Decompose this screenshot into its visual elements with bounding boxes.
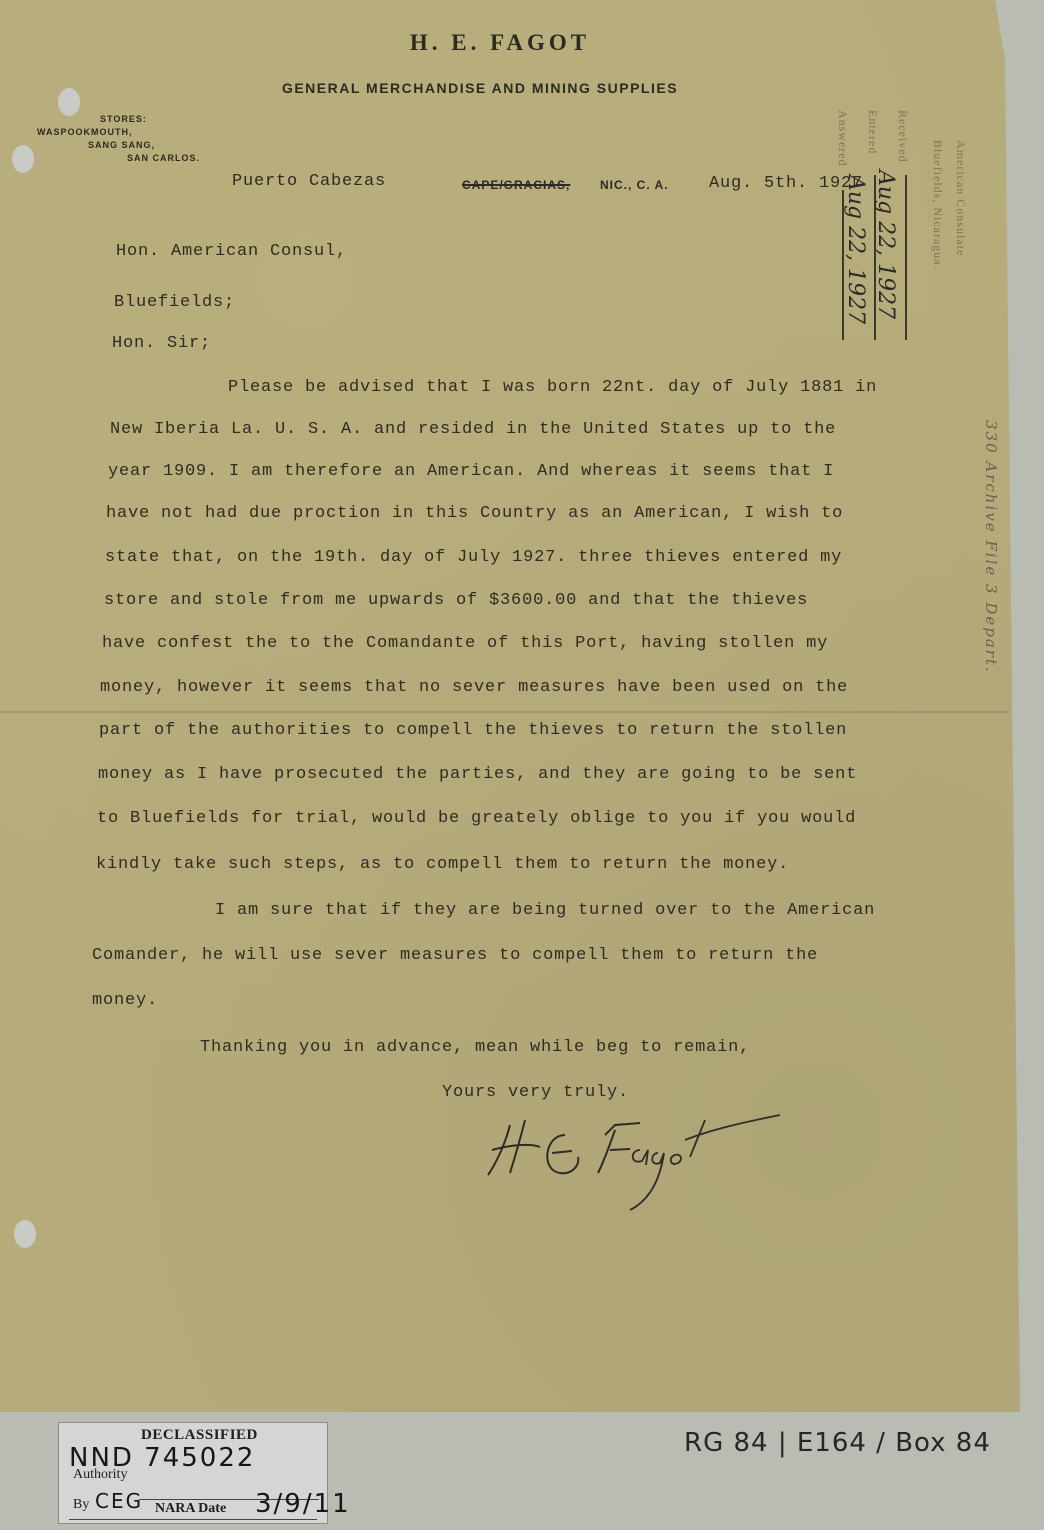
authority-value: NND 745022 [69, 1443, 255, 1473]
entered-date: Aug 22, 1927 [843, 175, 868, 324]
store-location: SAN CARLOS. [127, 153, 200, 163]
greeting: Hon. Sir; [112, 334, 211, 353]
printed-place: NIC., C. A. [600, 178, 669, 192]
stores-label: STORES: [100, 114, 147, 124]
nara-date-label: NARA Date [155, 1501, 226, 1517]
store-location: SANG SANG, [88, 140, 155, 150]
declassification-stamp: DECLASSIFIED Authority NND 745022 By CEG… [58, 1422, 328, 1524]
letter-page: H. E. FAGOT GENERAL MERCHANDISE AND MINI… [0, 0, 1020, 1412]
by-value: CEG [95, 1489, 143, 1513]
closing-thanks: Thanking you in advance, mean while beg … [200, 1038, 750, 1057]
punch-hole [14, 1220, 36, 1248]
by-label: By [73, 1497, 89, 1513]
paper-fold [0, 711, 1010, 713]
signature-graphic [480, 1095, 800, 1215]
addressee: Hon. American Consul, [116, 242, 347, 261]
letterhead-name: H. E. FAGOT [0, 30, 1000, 56]
typed-place: Puerto Cabezas [232, 172, 386, 191]
margin-note: 330 Archive File 3 Depart. [982, 420, 1000, 674]
declassified-title: DECLASSIFIED [141, 1427, 258, 1444]
archive-reference: RG 84 | E164 / Box 84 [684, 1428, 991, 1458]
store-location: WASPOOKMOUTH, [37, 127, 133, 137]
struck-printed-place: CAPE/GRACIAS, [462, 178, 570, 192]
received-date: Aug 22, 1927 [873, 170, 898, 319]
declass-date: 3/9/11 [255, 1489, 351, 1519]
signature [480, 1095, 800, 1215]
letterhead-subtitle: GENERAL MERCHANDISE AND MINING SUPPLIES [0, 80, 960, 96]
punch-hole [12, 145, 34, 173]
letter-date: Aug. 5th. 1927 [709, 174, 863, 193]
addressee-city: Bluefields; [114, 293, 235, 312]
